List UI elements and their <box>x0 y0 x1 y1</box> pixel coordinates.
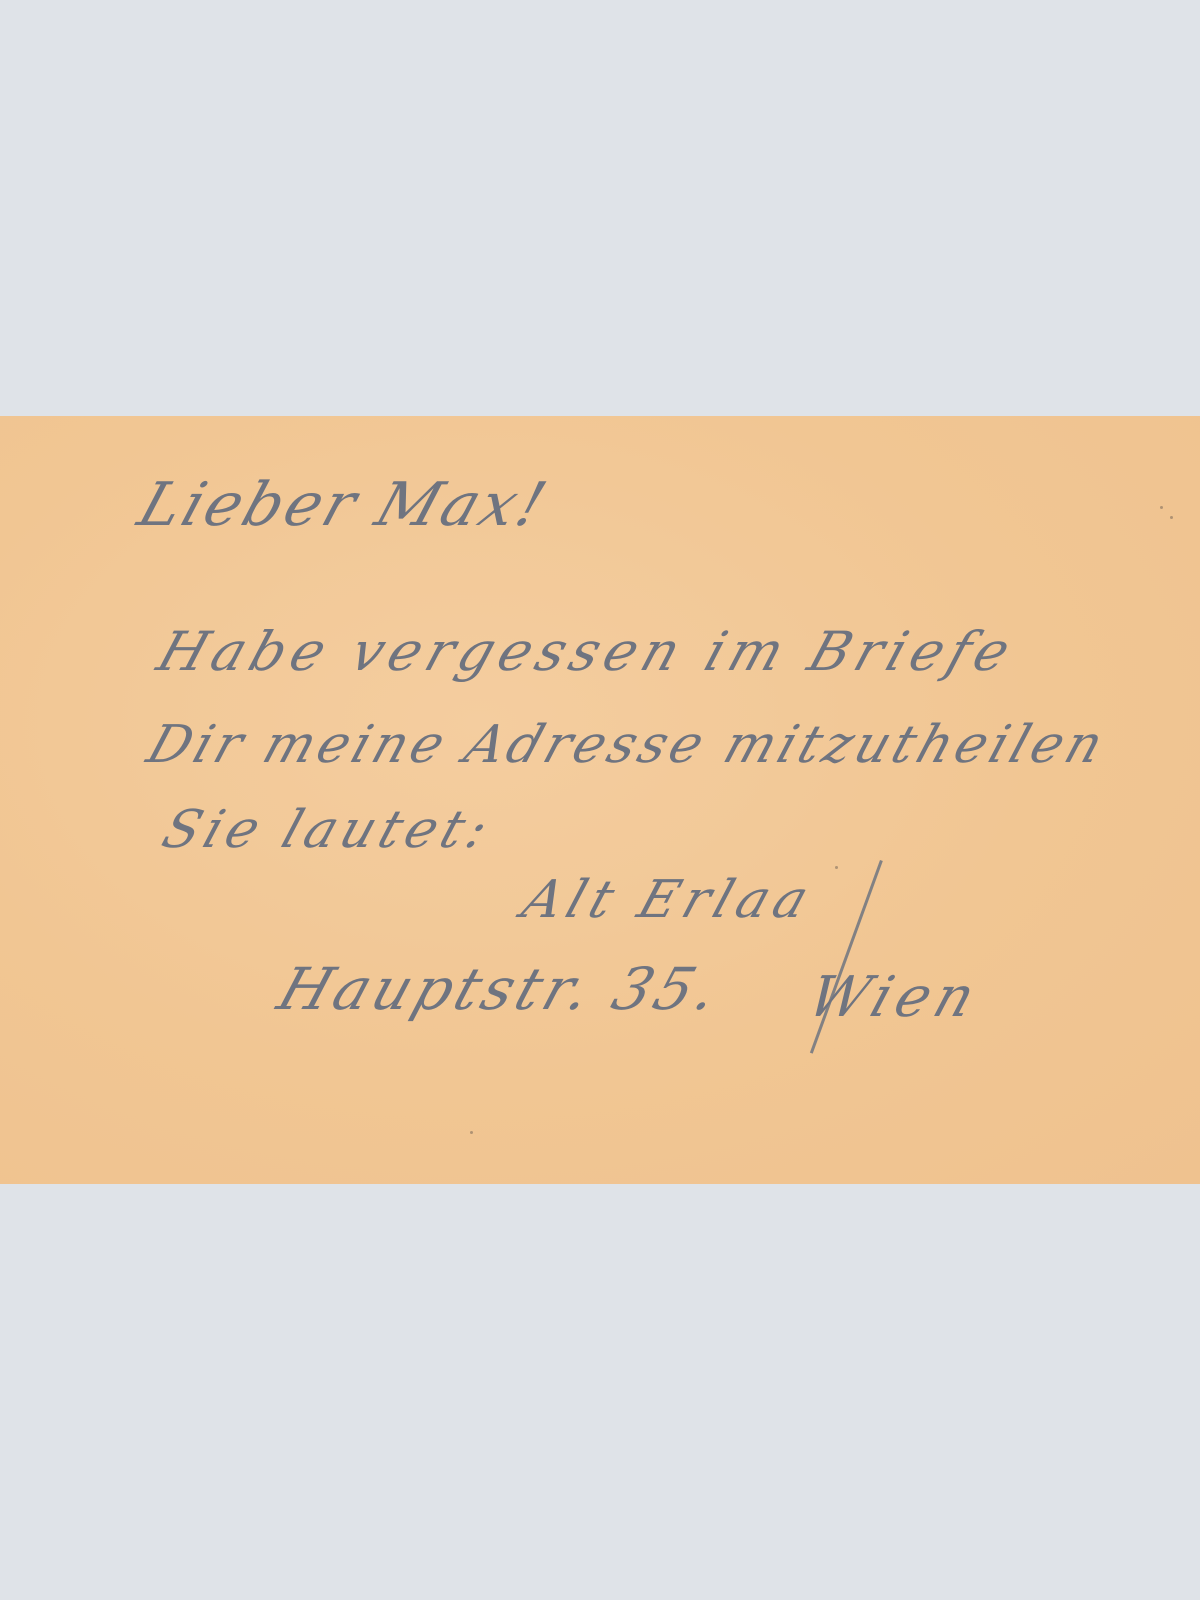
body-line-1: Habe vergessen im Briefe <box>150 620 1024 683</box>
address-city: Wien <box>800 965 989 1030</box>
address-street: Hauptstr. 35. <box>270 955 731 1023</box>
paper-speck <box>1170 516 1173 519</box>
paper-speck <box>470 1131 473 1134</box>
body-line-3: Sie lautet: <box>155 800 500 860</box>
body-line-2: Dir meine Adresse mitzutheilen <box>140 715 1114 775</box>
address-place: Alt Erlaa <box>515 870 822 930</box>
greeting-line: Lieber Max! <box>130 470 557 540</box>
paper-speck <box>835 866 838 869</box>
paper-speck <box>1160 506 1163 509</box>
